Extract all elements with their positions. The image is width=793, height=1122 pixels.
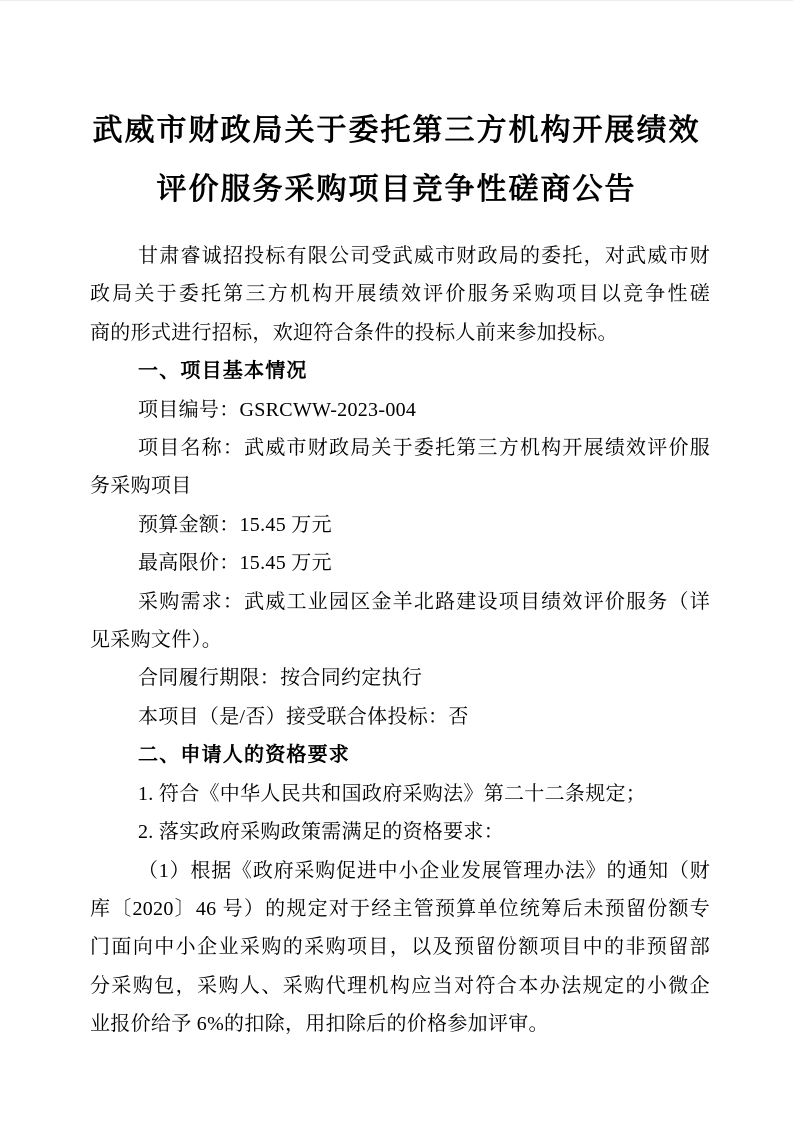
paragraph-line: （1）根据《政府采购促进中小企业发展管理办法》的通知（财 — [90, 852, 710, 890]
paragraph-line: 预算金额：15.45 万元 — [90, 506, 710, 544]
paragraph-line: 门面向中小企业采购的采购项目，以及预留份额项目中的非预留部 — [90, 928, 710, 966]
paragraph-line: 商的形式进行招标，欢迎符合条件的投标人前来参加投标。 — [90, 314, 710, 352]
paragraph-line: 最高限价：15.45 万元 — [90, 544, 710, 582]
paragraph-line: 甘肃睿诚招投标有限公司受武威市财政局的委托，对武威市财 — [90, 237, 710, 275]
document-title: 武威市财政局关于委托第三方机构开展绩效 评价服务采购项目竞争性磋商公告 — [0, 1, 793, 219]
paragraph-line: 见采购文件）。 — [90, 621, 710, 659]
paragraph-line: 2. 落实政府采购政策需满足的资格要求： — [90, 813, 710, 851]
paragraph-line: 政局关于委托第三方机构开展绩效评价服务采购项目以竞争性磋 — [90, 275, 710, 313]
document-title-line-2: 评价服务采购项目竞争性磋商公告 — [0, 160, 793, 219]
paragraph-line: 业报价给予 6%的扣除，用扣除后的价格参加评审。 — [90, 1005, 710, 1043]
paragraph-line: 项目名称：武威市财政局关于委托第三方机构开展绩效评价服 — [90, 429, 710, 467]
paragraph-line: 分采购包，采购人、采购代理机构应当对符合本办法规定的小微企 — [90, 967, 710, 1005]
paragraph-line: 采购需求：武威工业园区金羊北路建设项目绩效评价服务（详 — [90, 583, 710, 621]
section-heading: 一、项目基本情况 — [90, 352, 710, 390]
paragraph-line: 项目编号：GSRCWW-2023-004 — [90, 391, 710, 429]
section-heading: 二、申请人的资格要求 — [90, 736, 710, 774]
document-page: 武威市财政局关于委托第三方机构开展绩效 评价服务采购项目竞争性磋商公告 甘肃睿诚… — [0, 0, 793, 1122]
document-body: 甘肃睿诚招投标有限公司受武威市财政局的委托，对武威市财政局关于委托第三方机构开展… — [90, 237, 710, 1044]
document-title-line-1: 武威市财政局关于委托第三方机构开展绩效 — [0, 101, 793, 160]
paragraph-line: 合同履行期限：按合同约定执行 — [90, 659, 710, 697]
paragraph-line: 库〔2020〕46 号）的规定对于经主管预算单位统筹后未预留份额专 — [90, 890, 710, 928]
paragraph-line: 务采购项目 — [90, 467, 710, 505]
paragraph-line: 本项目（是/否）接受联合体投标：否 — [90, 698, 710, 736]
paragraph-line: 1. 符合《中华人民共和国政府采购法》第二十二条规定； — [90, 775, 710, 813]
